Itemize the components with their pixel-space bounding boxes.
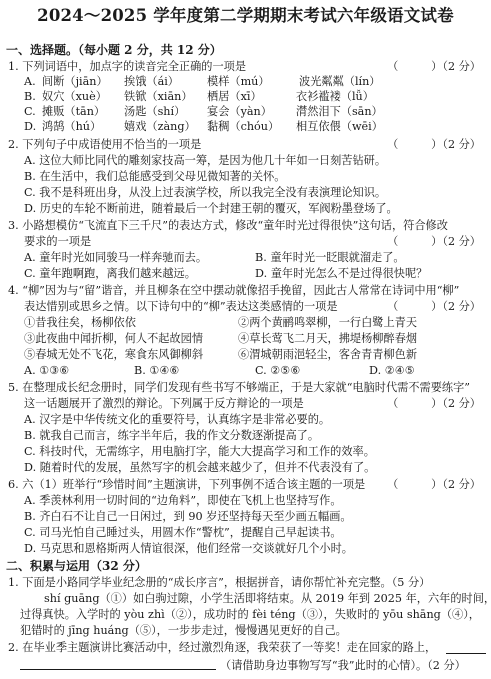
q1-c-word1: 摊贩（tān） [42,106,105,117]
q1-c-word4: 潸然泪下（sān） [296,106,383,117]
q3-option-b[interactable]: B. 童年时光一眨眼就溜走了。 [255,252,405,263]
q5-stem-line2: 这一话题展开了激烈的辩论。下列属于反方辩论的一项是 [24,398,304,409]
q4-poem-6: ⑥渭城朝雨浥轻尘，客舍青青柳色新 [238,349,417,360]
q4-option-b[interactable]: B. ①④⑥ [134,365,179,376]
q1-c-word2: 汤匙（shí） [124,106,185,117]
q6-option-b[interactable]: B. 齐白石不让自己一日闲过，到 90 岁还坚持每天至少画五幅画。 [24,511,352,522]
s2-q1-para-line2[interactable]: 过得真快。入学时的 yòu zhì（②），成功时的 fèi téng（③），失败… [20,609,480,620]
q3-option-a[interactable]: A. 童年时光如同骏马一样奔驰而去。 [24,252,207,263]
q3-answer-blank[interactable]: （）（2 分） [387,236,481,247]
q5-stem-line1: 5. 在整理成长纪念册时，同学们发现有些书写不够端正，于是大家就“电脑时代需不需… [8,382,470,393]
q1-b-word1: 奴穴（xuè） [42,91,107,102]
s2-q1-para-line3[interactable]: 犯错时的 jīng huáng（⑤），一步步走过，慢慢遇见更好的自己。 [20,625,347,636]
q1-c-word3: 宴会（yàn） [207,106,272,117]
q2-option-d[interactable]: D. 历史的车轮不断前进，随着最后一个封建王朝的覆灭，军阀粉墨登场了。 [24,203,398,214]
q1-option-b[interactable]: B. [24,91,36,102]
q4-poem-2: ②两个黄鹂鸣翠柳，一行白鹭上青天 [238,317,417,328]
q1-answer-blank[interactable]: （）（2 分） [387,61,481,72]
q5-answer-blank[interactable]: （）（2 分） [387,398,481,409]
q2-option-c[interactable]: C. 我不是科班出身，从没上过表演学校，所以我完全没有表演理论知识。 [24,187,386,198]
q6-option-c[interactable]: C. 司马光怕自己睡过头，用圆木作“警枕”，提醒自己早起读书。 [24,527,342,538]
s2-q1-para-line1[interactable]: shí guāng（①）如白驹过隙，小学生活即将结束。从 2019 年到 202… [44,593,491,604]
q1-a-word2: 挨饿（ái） [124,76,179,87]
q2-answer-blank[interactable]: （）（2 分） [387,139,481,150]
q3-stem-line2: 要求的一项是 [24,236,91,247]
s2-q2-instruction: （请借助身边事物写写“我”此时的心情）。（2 分） [220,660,466,671]
q5-option-d[interactable]: D. 随着时代的发展，虽然写字的机会越来越少了，但并不代表没有了。 [24,462,375,473]
q1-option-c[interactable]: C. [24,106,36,117]
s2-q2-answer-line-1[interactable] [446,643,486,654]
q2-option-b[interactable]: B. 在生活中，我们总能感受到父母见微知著的关怀。 [24,171,285,182]
q4-poem-4: ④草长莺飞二月天，拂堤杨柳醉春烟 [238,333,417,344]
q1-b-word4: 衣衫褴褛（lǚ） [296,91,374,102]
q2-stem: 2. 下列句子中成语使用不恰当的一项是 [8,139,201,150]
q4-poem-1: ①昔我往矣，杨柳依依 [24,317,136,328]
q1-d-word3: 黏稠（chóu） [207,121,279,132]
q1-a-word4: 波光粼粼（lín） [299,76,381,87]
q1-a-word3: 模样（mú） [207,76,270,87]
section1-heading: 一、选择题。（每小题 2 分，共 12 分） [6,44,222,56]
q1-b-word3: 栖居（xī） [207,91,262,102]
q4-stem-line1: 4. “柳”因为与“留”谐音，并且柳条在空中摆动就像招手挽留，因此古人常常在诗词… [8,285,459,296]
s2-q2-answer-line-2[interactable] [20,659,216,670]
q4-option-a[interactable]: A. ①③⑥ [24,365,69,376]
q5-option-c[interactable]: C. 科技时代，无需练字，用电脑打字，能大大提高学习和工作的效率。 [24,446,375,457]
q3-option-c[interactable]: C. 童年跑啊跑，离我们越来越远。 [24,268,196,279]
q4-option-c[interactable]: C. ②⑤⑥ [255,365,300,376]
q6-answer-blank[interactable]: （）（2 分） [387,479,481,490]
q5-option-a[interactable]: A. 汉字是中华传统文化的重要符号，认真练字是非常必要的。 [24,414,330,425]
q5-option-b[interactable]: B. 就我自己而言，练字半年后，我的作文分数逐渐提高了。 [24,430,319,441]
q6-option-d[interactable]: D. 马克思和恩格斯两人情谊很深，他们经常一交谈就好几个小时。 [24,543,353,554]
s2-q1-stem: 1. 下面是小路同学毕业纪念册的“成长序言”，根据拼音，请你帮忙补充完整。（5 … [8,577,430,588]
exam-page: 2024～2025 学年度第二学期期末考试六年级语文试卷 一、选择题。（每小题 … [0,0,491,679]
q4-answer-blank[interactable]: （）（2 分） [387,301,481,312]
q4-poem-5: ⑤春城无处不飞花，寒食东风御柳斜 [24,349,203,360]
q6-option-a[interactable]: A. 季羡林利用一切时间的“边角料”，即使在飞机上也坚持写作。 [24,495,342,506]
q1-stem: 1. 下列词语中，加点字的读音完全正确的一项是 [8,61,246,72]
section2-heading: 二、积累与运用（32 分） [6,560,147,572]
q6-stem: 6. 六（1）班举行“珍惜时间”主题演讲，下列事例不适合该主题的一项是 [8,479,365,490]
q1-option-d[interactable]: D. [24,121,36,132]
q1-d-word2: 嬉戏（zàng） [124,121,196,132]
q1-option-a[interactable]: A. [24,76,36,87]
q3-stem-line1: 3. 小路想模仿“飞流直下三千尺”的表达方式，修改“童年时光过得很快”这句话，符… [8,220,448,231]
exam-title: 2024～2025 学年度第二学期期末考试六年级语文试卷 [0,8,491,25]
q1-a-word1: 间断（jiān） [42,76,108,87]
q1-b-word2: 铁锨（xiān） [124,91,193,102]
q2-option-a[interactable]: A. 这位大师比同代的雕刻家技高一筹，是因为他几十年如一日刻苦钻研。 [24,155,386,166]
q1-d-word4: 相互依偎（wēi） [296,121,383,132]
q3-option-d[interactable]: D. 童年时光怎么不是过得很快呢？ [255,268,427,279]
q1-d-word1: 鸿鹄（hú） [42,121,101,132]
q4-poem-3: ③此夜曲中闻折柳，何人不起故园情 [24,333,203,344]
q4-stem-line2: 表达惜别或思乡之情。以下诗句中的“柳”表达这类感情的一项是 [24,301,338,312]
s2-q2-stem: 2. 在毕业季主题演讲比赛活动中，经过激烈角逐，我荣获了一等奖！走在回家的路上， [8,642,436,653]
q4-option-d[interactable]: D. ②④⑤ [369,365,415,376]
